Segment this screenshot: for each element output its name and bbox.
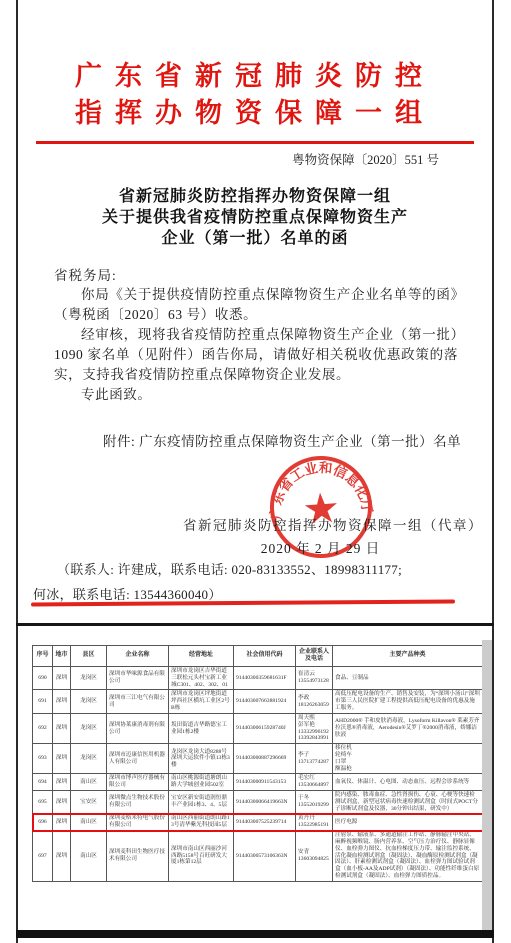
header-address: 经营地址 xyxy=(169,646,234,667)
cell-address: 深圳市龙岗区吉华街道三联松元头村宝新工业城C301、402、302、01 xyxy=(169,667,234,690)
cell-products: 注射泵、输液泵、多通道输注工作站、静脉输注中央站、麻醉视频喉镜、肠内营养泵、空气… xyxy=(333,831,483,882)
header-credit-code: 社会信用代码 xyxy=(234,646,296,667)
cell-city: 深圳 xyxy=(53,690,71,713)
scan-bottom-bar xyxy=(16,930,494,938)
cell-serial: 696 xyxy=(33,814,53,831)
document-date: 2020 年 2 月 29 日 xyxy=(248,537,393,557)
cell-address: 深圳市龙岗区坪地街道坪西社区横坑工业区2号B栋 xyxy=(169,690,234,713)
cell-products: 高低压配电设备的生产、销售及安装，为“深圳小汤山”深圳市第三人民医院扩建工程提供… xyxy=(333,690,483,713)
cell-company-name: 深圳麦格米特电气股份有限公司 xyxy=(107,814,169,831)
header-contact: 企业联系人 及电话 xyxy=(296,646,333,667)
cell-city: 深圳 xyxy=(53,791,71,814)
letter-body: 你局《关于提供疫情防控重点保障物资生产企业名单等的函》（粤税函〔2020〕63 … xyxy=(54,285,458,405)
letterhead-title: 广东省新冠肺炎防控 指挥办物资保障一组 xyxy=(24,58,486,132)
salutation: 省税务局: xyxy=(54,264,117,284)
table-row: 694深圳南山区深圳市博声医疗器械有限公司南山区桃源街道塘朗山路大学城创业园50… xyxy=(33,774,483,791)
header-products: 主要产品种类 xyxy=(333,646,483,667)
cell-address: 深圳市南山区西丽沙河西路5158号百旺研发大厦1栋第12层 xyxy=(169,831,234,882)
cell-district: 南山区 xyxy=(71,774,107,791)
attachment-line: 附件: 广东疫情防控重点保障物资生产企业（第一批）名单 xyxy=(103,430,461,450)
cell-products: 移位机 轮椅车 口罩 额温枪 xyxy=(333,744,483,774)
table-row: 690深圳龙岗区深圳市华味源食品有限公司深圳市龙岗区吉华街道三联松元头村宝新工业… xyxy=(33,667,483,690)
cell-company-name: 深圳协莱康消毒剂有限公司 xyxy=(107,713,169,743)
cell-serial: 694 xyxy=(33,774,53,791)
letterhead-line1: 广东省新冠肺炎防控 xyxy=(24,58,486,95)
letterhead-line2: 指挥办物资保障一组 xyxy=(24,95,486,132)
paragraph-3: 专此函致。 xyxy=(54,385,458,405)
cell-address: 坂田街道吉华路德宝工业园1栋2楼 xyxy=(169,713,234,743)
section-divider xyxy=(16,623,494,626)
company-table: 序号 地市 县区 企业名称 经营地址 社会信用代码 企业联系人 及电话 主要产品… xyxy=(32,645,483,882)
cell-city: 深圳 xyxy=(53,667,71,690)
cell-district: 龙岗区 xyxy=(71,667,107,690)
cell-contact: 李政 18126263059 xyxy=(296,690,333,713)
cell-credit-code: 914403007525239714 xyxy=(234,814,296,831)
cell-district: 龙岗区 xyxy=(71,744,107,774)
cell-address: 龙岗区龙岗大道8288号深圳大运软件小镇13栋3楼 xyxy=(169,744,234,774)
header-city: 地市 xyxy=(53,646,71,667)
contact-line-2: 何冰，联系电话: 13544360040） xyxy=(33,584,222,603)
cell-products: 院内感染、脓毒血症、急性肾损伤、心衰、心梗等快速检测试剂盒，新型冠状病毒快速检测… xyxy=(333,791,483,814)
table-row: 695深圳宝安区深圳微点生物技术股份有限公司宝安区新安街道润恒鼎丰产业园1栋3、… xyxy=(33,791,483,814)
paragraph-1: 你局《关于提供疫情防控重点保障物资生产企业名单等的函》（粤税函〔2020〕63 … xyxy=(54,285,458,325)
cell-products: 血氧仪、体温计、心电图、动态血压、远程会诊系统等 xyxy=(333,774,483,791)
cell-serial: 697 xyxy=(33,831,53,882)
cell-contact: 周天熙 彭军艳 13332996192 13392843991 xyxy=(296,713,333,743)
title-line3: 企业（第一批）名单的函 xyxy=(40,228,470,249)
cell-city: 深圳 xyxy=(53,814,71,831)
cell-products: 医疗电源 xyxy=(333,814,483,831)
cell-credit-code: 914403000887296669 xyxy=(234,744,296,774)
scan-frame-left xyxy=(16,0,18,943)
cell-company-name: 深圳市三江电气有限公司 xyxy=(107,690,169,713)
cell-credit-code: 91440300615928740J xyxy=(234,713,296,743)
contact-line-1: （联系人: 许建成，联系电话: 020-83133552、18998311177… xyxy=(57,559,402,578)
cell-district: 龙岗区 xyxy=(71,713,107,743)
document-page: 广东省新冠肺炎防控 指挥办物资保障一组 粤物资保障〔2020〕551 号 省新冠… xyxy=(0,0,511,943)
cell-company-name: 深圳市华味源食品有限公司 xyxy=(107,667,169,690)
cell-district: 龙岗区 xyxy=(71,690,107,713)
cell-products: 食品、豆制品 xyxy=(333,667,483,690)
cell-serial: 692 xyxy=(33,713,53,743)
cell-city: 深圳 xyxy=(53,831,71,882)
cell-district: 南山区 xyxy=(71,814,107,831)
document-title: 省新冠肺炎防控指挥办物资保障一组 关于提供我省疫情防控重点保障物资生产 企业（第… xyxy=(40,186,470,249)
table-row: 692深圳龙岗区深圳协莱康消毒剂有限公司坂田街道吉华路德宝工业园1栋2楼9144… xyxy=(33,713,483,743)
header-serial: 序号 xyxy=(33,646,53,667)
cell-contact: 于冬 13552019299 xyxy=(296,791,333,814)
cell-credit-code: 91440300066419663N xyxy=(234,791,296,814)
title-line2: 关于提供我省疫情防控重点保障物资生产 xyxy=(40,207,470,228)
cell-district: 宝安区 xyxy=(71,791,107,814)
cell-city: 深圳 xyxy=(53,774,71,791)
cell-company-name: 深圳市博声医疗器械有限公司 xyxy=(107,774,169,791)
cell-address: 南山区西丽街道朗山路13号清华紫光科技园5层 xyxy=(169,814,234,831)
cell-contact: 毛宏红 13530664897 xyxy=(296,774,333,791)
cell-contact: 崔清云 13554973128 xyxy=(296,667,333,690)
cell-contact: 黄丹丹 13522985191 xyxy=(296,814,333,831)
cell-contact: 李子 13713774287 xyxy=(296,744,333,774)
cell-credit-code: 91440300573106363N xyxy=(234,831,296,882)
cell-serial: 690 xyxy=(33,667,53,690)
cell-credit-code: 91440300359681631F xyxy=(234,667,296,690)
scan-frame-right xyxy=(492,0,494,943)
table-row: 697深圳南山区深圳麦科田生物医疗技术有限公司深圳市南山区西丽沙河西路5158号… xyxy=(33,831,483,882)
cell-serial: 691 xyxy=(33,690,53,713)
cell-credit-code: 914403007663881924 xyxy=(234,690,296,713)
cell-company-name: 深圳市迈康信医用机器人有限公司 xyxy=(107,744,169,774)
company-table-section: 序号 地市 县区 企业名称 经营地址 社会信用代码 企业联系人 及电话 主要产品… xyxy=(32,645,482,882)
scan-gray-strip xyxy=(482,640,492,930)
letterhead-rule xyxy=(36,141,474,144)
cell-city: 深圳 xyxy=(53,744,71,774)
cell-company-name: 深圳微点生物技术股份有限公司 xyxy=(107,791,169,814)
header-company-name: 企业名称 xyxy=(107,646,169,667)
title-line1: 省新冠肺炎防控指挥办物资保障一组 xyxy=(40,186,470,207)
table-header-row: 序号 地市 县区 企业名称 经营地址 社会信用代码 企业联系人 及电话 主要产品… xyxy=(33,646,483,667)
table-row: 693深圳龙岗区深圳市迈康信医用机器人有限公司龙岗区龙岗大道8288号深圳大运软… xyxy=(33,744,483,774)
cell-address: 宝安区新安街道润恒鼎丰产业园1栋3、4、5层 xyxy=(169,791,234,814)
header-district: 县区 xyxy=(71,646,107,667)
table-row: 696深圳南山区深圳麦格米特电气股份有限公司南山区西丽街道朗山路13号清华紫光科… xyxy=(33,814,483,831)
document-number: 粤物资保障〔2020〕551 号 xyxy=(292,150,439,168)
cell-city: 深圳 xyxy=(53,713,71,743)
cell-serial: 695 xyxy=(33,791,53,814)
cell-district: 南山区 xyxy=(71,831,107,882)
signature-line: 省新冠肺炎防控指挥办物资保障一组（代章） xyxy=(183,514,483,534)
cell-credit-code: 914403000911543153 xyxy=(234,774,296,791)
paragraph-2: 经审核，现将我省疫情防控重点保障物资生产企业（第一批）1090 家名单（见附件）… xyxy=(54,325,458,385)
table-row: 691深圳龙岗区深圳市三江电气有限公司深圳市龙岗区坪地街道坪西社区横坑工业区2号… xyxy=(33,690,483,713)
cell-products: AHD2000® 手和皮肤消毒液，Lysoform Killavon® 莱素芳齐… xyxy=(333,713,483,743)
cell-serial: 693 xyxy=(33,744,53,774)
cell-contact: 安青 13603094825 xyxy=(296,831,333,882)
cell-address: 南山区桃源街道塘朗山路大学城创业园502室 xyxy=(169,774,234,791)
cell-company-name: 深圳麦科田生物医疗技术有限公司 xyxy=(107,831,169,882)
